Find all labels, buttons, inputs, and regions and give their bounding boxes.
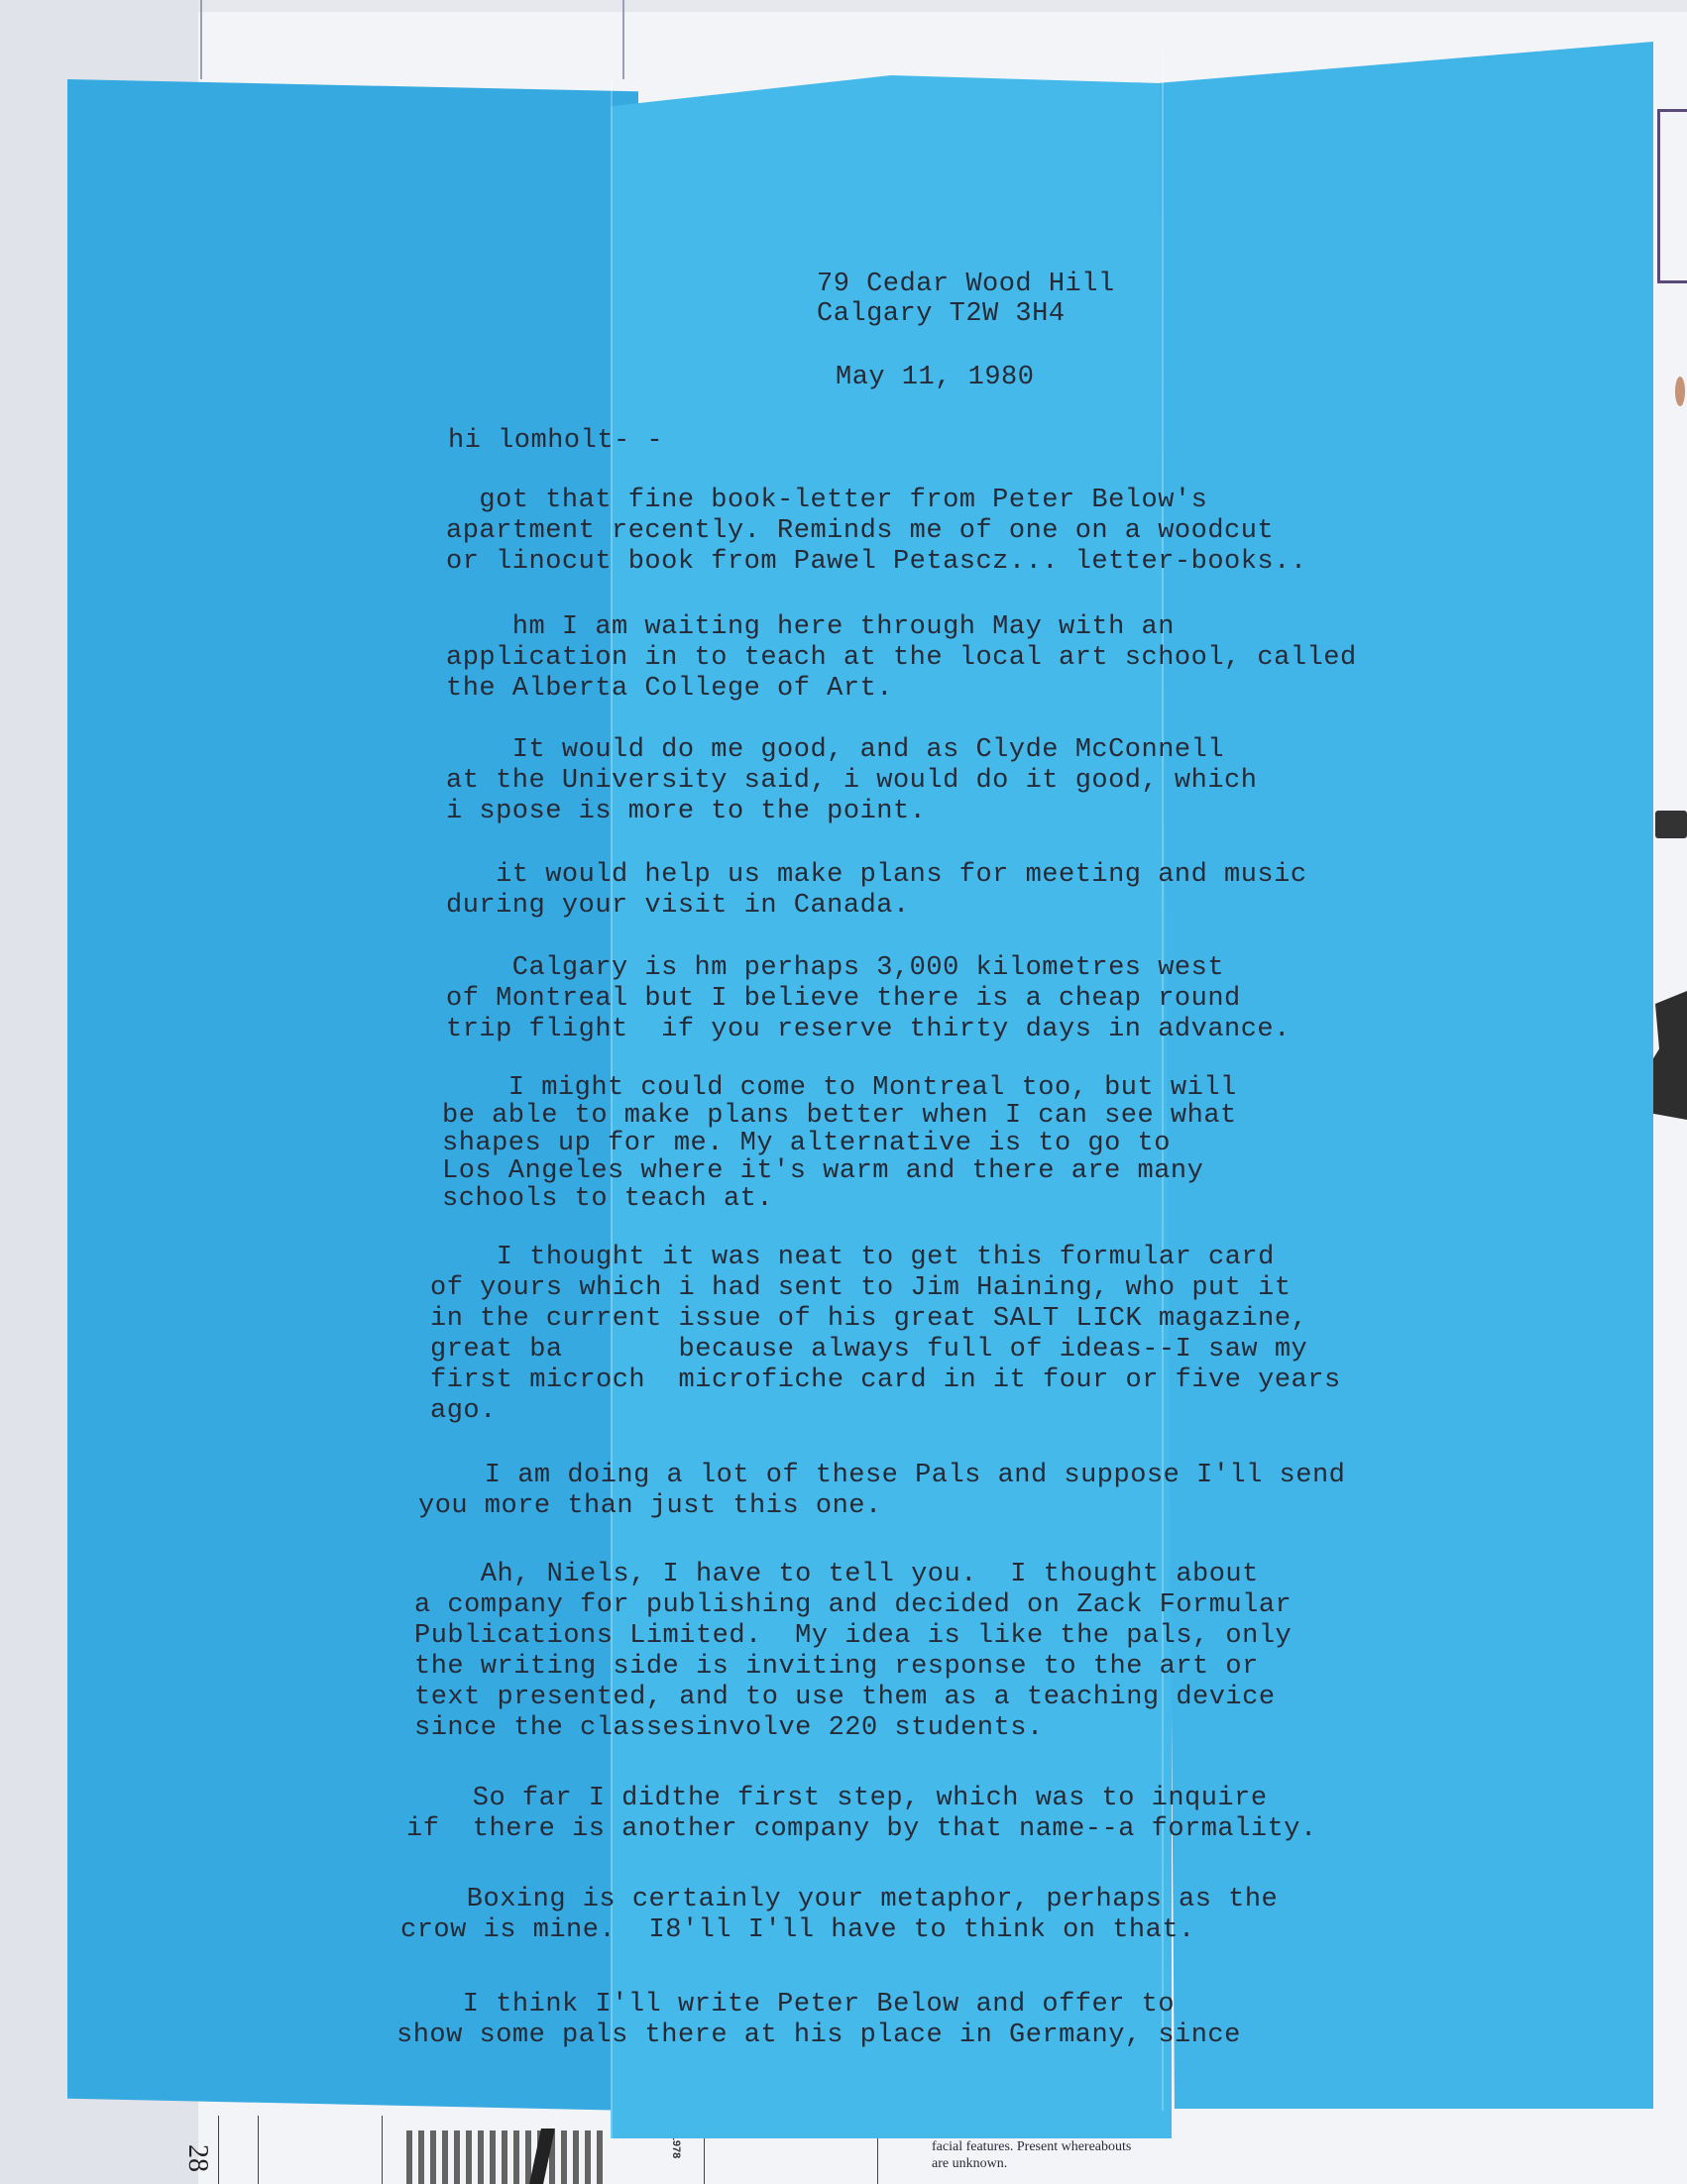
background-stain: [1675, 377, 1685, 406]
newspaper-caption: facial features. Present whereabouts are…: [932, 2138, 1131, 2172]
paragraph: Calgary is hm perhaps 3,000 kilometres w…: [446, 953, 1291, 1045]
page-number: 28: [181, 2144, 213, 2172]
paragraph: Ah, Niels, I have to tell you. I thought…: [414, 1560, 1292, 1744]
paragraph: So far I didthe first step, which was to…: [406, 1784, 1317, 1845]
paragraph: got that fine book-letter from Peter Bel…: [446, 486, 1307, 578]
paragraph: I think I'll write Peter Below and offer…: [396, 1990, 1241, 2051]
newspaper-crease: [622, 0, 624, 79]
paragraph: it would help us make plans for meeting …: [446, 860, 1307, 922]
paragraph: hm I am waiting here through May with an…: [446, 612, 1357, 705]
background-map: [406, 2130, 605, 2184]
letter-date: May 11, 1980: [836, 363, 1034, 392]
paragraph: Boxing is certainly your metaphor, perha…: [400, 1885, 1278, 1946]
paragraph: I thought it was neat to get this formul…: [430, 1243, 1341, 1427]
paragraph: It would do me good, and as Clyde McConn…: [446, 735, 1257, 827]
background-drawing: [1657, 109, 1687, 283]
paragraph: I might could come to Montreal too, but …: [442, 1074, 1237, 1213]
newspaper-crease: [200, 0, 202, 79]
background-ink-shape: [1655, 811, 1687, 838]
paragraph: I am doing a lot of these Pals and suppo…: [418, 1461, 1345, 1522]
greeting: hi lomholt- -: [448, 426, 663, 456]
sender-address: 79 Cedar Wood Hill Calgary T2W 3H4: [817, 270, 1115, 329]
